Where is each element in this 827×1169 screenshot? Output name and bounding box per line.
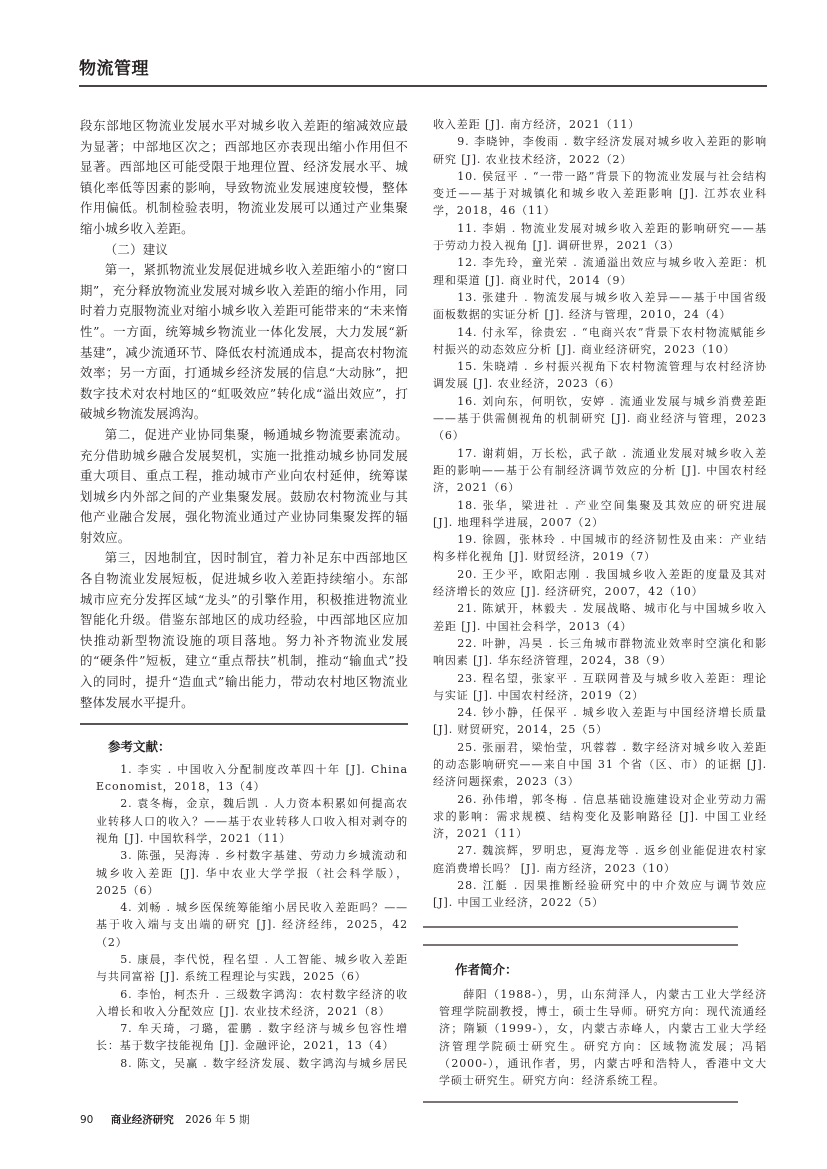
reference-item: 26. 孙伟增，郭冬梅 . 信息基础设施建设对企业劳动力需求的影响：需求规模、结… bbox=[433, 791, 767, 843]
reference-item: 14. 付永军，徐贵宏 . “电商兴农”背景下农村物流赋能乡村振兴的动态效应分析… bbox=[433, 324, 767, 359]
recommendation-3: 第三，因地制宜，因时制宜，着力补足东中西部地区各自物流业发展短板，促进城乡收入差… bbox=[80, 548, 408, 713]
reference-item: 13. 张建升 . 物流发展与城乡收入差异——基于中国省级面板数据的实证分析 [… bbox=[433, 289, 767, 324]
reference-item: 22. 叶翀，冯昊 . 长三角城市群物流业效率时空演化和影响因素 [J]. 华东… bbox=[433, 635, 767, 670]
reference-item: 2. 袁冬梅，金京，魏后凯 . 人力资本积累如何提高农业转移人口的收入？——基于… bbox=[96, 795, 408, 847]
reference-item: 9. 李晓钟，李俊雨 . 数字经济发展对城乡收入差距的影响研究 [J]. 农业技… bbox=[433, 133, 767, 168]
left-column: 段东部地区物流业发展水平对城乡收入差距的缩减效应最为显著；中部地区次之；西部地区… bbox=[80, 116, 408, 1072]
reference-item: 27. 魏滨辉，罗明忠，夏海龙等 . 返乡创业能促进农村家庭消费增长吗？ [J]… bbox=[433, 842, 767, 877]
author-box-bottom-divider bbox=[423, 1101, 738, 1103]
journal-name: 商业经济研究 bbox=[111, 1114, 174, 1126]
right-column: 收入差距 [J]. 南方经济，2021（11） 9. 李晓钟，李俊雨 . 数字经… bbox=[433, 116, 767, 1103]
references-list-right: 收入差距 [J]. 南方经济，2021（11） 9. 李晓钟，李俊雨 . 数字经… bbox=[433, 116, 767, 912]
reference-item: 4. 刘畅 . 城乡医保统筹能缩小居民收入差距吗？——基于收入端与支出端的研究 … bbox=[96, 899, 408, 951]
reference-item: 15. 朱晓靖 . 乡村振兴视角下农村物流管理与农村经济协调发展 [J]. 农业… bbox=[433, 358, 767, 393]
recommendation-2: 第二，促进产业协同集聚，畅通城乡物流要素流动。充分借助城乡融合发展契机，实施一批… bbox=[80, 425, 408, 549]
reference-item-continued: 收入差距 [J]. 南方经济，2021（11） bbox=[433, 116, 767, 133]
reference-item: 16. 刘向东，何明钦，安婷 . 流通业发展与城乡消费差距——基于供需侧视角的机… bbox=[433, 393, 767, 445]
reference-item: 8. 陈文，吴赢 . 数字经济发展、数字鸿沟与城乡居民收入差距 [J]. 南方经… bbox=[96, 1055, 408, 1072]
reference-item: 7. 牟天琦，刁璐，霍鹏 . 数字经济与城乡包容性增长：基于数字技能视角 [J]… bbox=[96, 1020, 408, 1055]
references-list-left: 1. 李实 . 中国收入分配制度改革四十年 [J]. China Economi… bbox=[80, 761, 408, 1072]
reference-item: 5. 康晨，李代悦，程名望 . 人工智能、城乡收入差距与共同富裕 [J]. 系统… bbox=[96, 951, 408, 986]
recommendations-heading: （二）建议 bbox=[80, 240, 408, 261]
reference-item: 20. 王少平，欧阳志刚 . 我国城乡收入差距的度量及其对经济增长的效应 [J]… bbox=[433, 566, 767, 601]
reference-item: 28. 江艇 . 因果推断经验研究中的中介效应与调节效应 [J]. 中国工业经济… bbox=[433, 877, 767, 912]
header-divider bbox=[79, 85, 767, 87]
reference-item: 23. 程名望，张家平 . 互联网普及与城乡收入差距：理论与实证 [J]. 中国… bbox=[433, 670, 767, 705]
page-header: 物流管理 bbox=[79, 58, 767, 87]
references-end-divider bbox=[423, 926, 738, 928]
author-bio-text: 薛阳（1988-），男，山东菏泽人，内蒙古工业大学经济管理学院副教授，博士，硕士… bbox=[433, 986, 767, 1090]
issue-label: 2026 年 5 期 bbox=[185, 1114, 249, 1126]
reference-item: 19. 徐圆，张林玲 . 中国城市的经济韧性及由来：产业结构多样化视角 [J].… bbox=[433, 531, 767, 566]
reference-item: 21. 陈斌开，林毅夫 . 发展战略、城市化与中国城乡收入差距 [J]. 中国社… bbox=[433, 600, 767, 635]
page-number: 90 bbox=[80, 1114, 93, 1126]
reference-item: 10. 侯冠平 . “一带一路”背景下的物流业发展与社会结构变迁——基于对城镇化… bbox=[433, 168, 767, 220]
reference-item: 12. 李先玲，童光荣 . 流通溢出效应与城乡收入差距：机理和渠道 [J]. 商… bbox=[433, 254, 767, 289]
reference-item: 17. 谢莉娟，万长松，武子歆 . 流通业发展对城乡收入差距的影响——基于公有制… bbox=[433, 445, 767, 497]
reference-item: 1. 李实 . 中国收入分配制度改革四十年 [J]. China Economi… bbox=[96, 761, 408, 796]
reference-item: 24. 钞小静，任保平 . 城乡收入差距与中国经济增长质量 [J]. 财贸研究，… bbox=[433, 704, 767, 739]
section-title: 物流管理 bbox=[79, 58, 767, 80]
page-footer: 90 商业经济研究 2026 年 5 期 bbox=[80, 1112, 249, 1127]
recommendation-1: 第一，紧抓物流业发展促进城乡收入差距缩小的“窗口期”，充分释放物流业发展对城乡收… bbox=[80, 260, 408, 425]
author-bio-heading: 作者简介： bbox=[455, 960, 767, 978]
reference-item: 18. 张华，梁进社 . 产业空间集聚及其效应的研究进展 [J]. 地理科学进展… bbox=[433, 497, 767, 532]
conclusion-paragraph: 段东部地区物流业发展水平对城乡收入差距的缩减效应最为显著；中部地区次之；西部地区… bbox=[80, 116, 408, 240]
reference-item: 6. 李怡，柯杰升 . 三级数字鸿沟：农村数字经济的收入增长和收入分配效应 [J… bbox=[96, 986, 408, 1021]
reference-item: 3. 陈强，吴海涛 . 乡村数字基建、劳动力乡城流动和城乡收入差距 [J]. 华… bbox=[96, 847, 408, 899]
references-heading: 参考文献： bbox=[108, 737, 408, 755]
author-box-divider bbox=[423, 944, 738, 946]
reference-item: 11. 李娟 . 物流业发展对城乡收入差距的影响研究——基于劳动力投入视角 [J… bbox=[433, 220, 767, 255]
references-divider bbox=[80, 723, 408, 725]
reference-item: 25. 张丽君，梁怡莹，巩蓉蓉 . 数字经济对城乡收入差距的动态影响研究——来自… bbox=[433, 739, 767, 791]
